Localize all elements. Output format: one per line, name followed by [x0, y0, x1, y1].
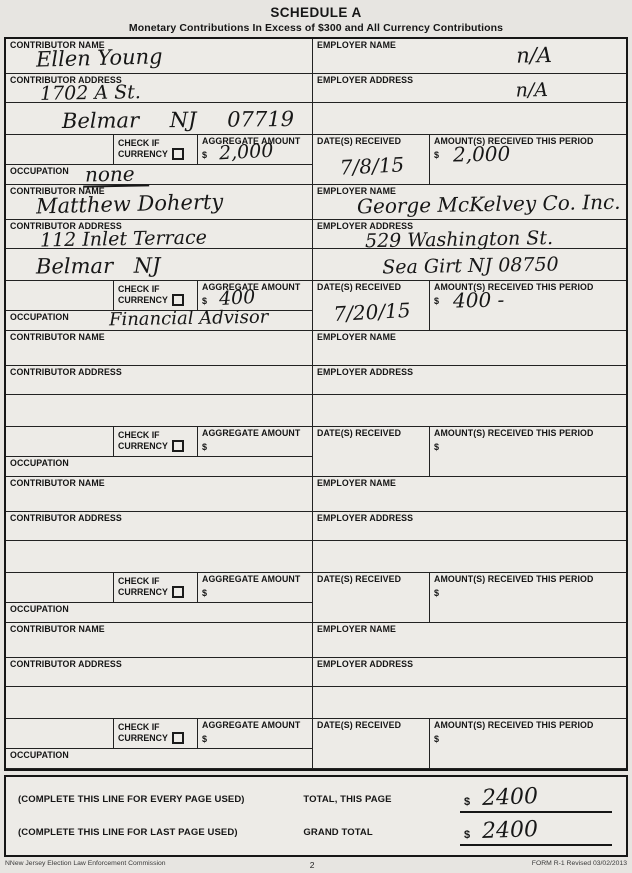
employer-address-cell: EMPLOYER ADDRESS: [313, 512, 626, 541]
employer-name-label: EMPLOYER NAME: [317, 479, 624, 489]
dates-received-cell: DATE(S) RECEIVED: [313, 719, 430, 769]
amount-received-valrow: $: [434, 439, 624, 452]
employer-name-cell: EMPLOYER NAME: [313, 623, 626, 658]
contributor-address-label: CONTRIBUTOR ADDRESS: [10, 368, 310, 378]
contributor-name-value: Ellen Young: [36, 46, 163, 70]
employer-name-cell: EMPLOYER NAME n/A: [313, 39, 626, 74]
amount-received-valrow: $ 400 -: [434, 293, 624, 310]
employer-city-value: [317, 692, 624, 697]
employer-city-cell: [313, 395, 626, 427]
contributor-name-cell: CONTRIBUTOR NAME: [6, 331, 313, 366]
totals-box: (COMPLETE THIS LINE FOR EVERY PAGE USED)…: [4, 775, 628, 857]
employer-address-value: 529 Washington St.: [365, 227, 624, 251]
check-if-currency-label: CHECK IFCURRENCY: [118, 430, 168, 452]
aggregate-amount-cell: AGGREGATE AMOUNT $: [198, 573, 313, 603]
aggregate-amount-valrow: $: [202, 439, 310, 452]
contributor-city-cell: [6, 687, 313, 719]
aggregate-amount-valrow: $: [202, 731, 310, 744]
amount-received-valrow: $: [434, 731, 624, 744]
employer-city-value: [317, 400, 624, 405]
aggregate-amount-valrow: $ 400: [202, 293, 310, 308]
dollar-sign: $: [202, 150, 207, 160]
dates-received-value: [317, 445, 427, 451]
dollar-sign: $: [202, 734, 207, 744]
aggregate-amount-cell: AGGREGATE AMOUNT $: [198, 427, 313, 457]
amount-received-label: AMOUNT(S) RECEIVED THIS PERIOD: [434, 721, 624, 731]
check-if-label-line2: CURRENCY: [118, 587, 168, 597]
contributor-address-cell: CONTRIBUTOR ADDRESS: [6, 366, 313, 395]
currency-checkbox: [172, 148, 184, 160]
employer-name-label: EMPLOYER NAME: [317, 625, 624, 635]
blank-cell: [6, 281, 114, 311]
amount-received-cell: AMOUNT(S) RECEIVED THIS PERIOD $ 400 -: [430, 281, 626, 331]
currency-check-cell: CHECK IFCURRENCY: [114, 573, 198, 603]
blank-cell: [6, 719, 114, 749]
total-this-page-value: 2400: [482, 786, 539, 810]
check-if-label-line1: CHECK IF: [118, 284, 160, 294]
occupation-value: none: [83, 163, 149, 187]
aggregate-amount-cell: AGGREGATE AMOUNT $ 2,000: [198, 135, 313, 165]
employer-name-value: n/A: [317, 44, 552, 69]
dates-received-value: 7/20/15: [317, 299, 428, 325]
dollar-sign: $: [434, 734, 439, 744]
employer-city-value: [317, 546, 624, 551]
contributor-name-cell: CONTRIBUTOR NAME: [6, 623, 313, 658]
aggregate-amount-value: 400: [219, 288, 256, 309]
aggregate-amount-label: AGGREGATE AMOUNT: [202, 721, 310, 731]
employer-address-label: EMPLOYER ADDRESS: [317, 660, 624, 670]
employer-name-cell: EMPLOYER NAME George McKelvey Co. Inc.: [313, 185, 626, 220]
footer-agency: NNew Jersey Election Law Enforcement Com…: [5, 860, 166, 867]
amount-received-cell: AMOUNT(S) RECEIVED THIS PERIOD $: [430, 573, 626, 623]
currency-checkbox: [172, 586, 184, 598]
grand-total-label: GRAND TOTAL: [303, 827, 460, 838]
contributor-address-cell: CONTRIBUTOR ADDRESS 112 Inlet Terrace: [6, 220, 313, 249]
aggregate-amount-label: AGGREGATE AMOUNT: [202, 575, 310, 585]
employer-city-value: [317, 108, 624, 113]
amount-received-label: AMOUNT(S) RECEIVED THIS PERIOD: [434, 575, 624, 585]
dollar-sign: $: [202, 588, 207, 598]
employer-address-value: n/A: [317, 80, 548, 103]
currency-check-cell: CHECK IFCURRENCY: [114, 281, 198, 311]
contributor-name-cell: CONTRIBUTOR NAME: [6, 477, 313, 512]
employer-address-cell: EMPLOYER ADDRESS 529 Washington St.: [313, 220, 626, 249]
occupation-label: OCCUPATION: [10, 167, 69, 177]
aggregate-amount-valrow: $ 2,000: [202, 147, 310, 162]
grand-total-row: (COMPLETE THIS LINE FOR LAST PAGE USED) …: [18, 819, 612, 846]
blank-cell: [6, 427, 114, 457]
occupation-cell: OCCUPATION: [6, 603, 313, 623]
employer-city-value: Sea Girt NJ 08750: [317, 254, 624, 278]
schedule-a-scanned-form: SCHEDULE A Monetary Contributions In Exc…: [0, 0, 632, 873]
employer-name-cell: EMPLOYER NAME: [313, 331, 626, 366]
occupation-label: OCCUPATION: [10, 605, 69, 615]
dollar-sign: $: [464, 829, 470, 841]
currency-checkbox: [172, 732, 184, 744]
check-if-label-line1: CHECK IF: [118, 138, 160, 148]
footer-form-revision: FORM R-1 Revised 03/02/2013: [532, 860, 627, 867]
amount-received-value: 400 -: [453, 289, 505, 310]
check-if-currency-label: CHECK IFCURRENCY: [118, 576, 168, 598]
check-if-currency-label: CHECK IFCURRENCY: [118, 722, 168, 744]
dates-received-label: DATE(S) RECEIVED: [317, 429, 427, 439]
aggregate-amount-cell: AGGREGATE AMOUNT $: [198, 719, 313, 749]
contributor-city-cell: [6, 395, 313, 427]
check-if-label-line2: CURRENCY: [118, 295, 168, 305]
occupation-value: Financial Advisor: [109, 309, 269, 330]
currency-check-cell: CHECK IFCURRENCY: [114, 427, 198, 457]
dollar-sign: $: [464, 796, 470, 808]
contributor-city-cell: [6, 541, 313, 573]
amount-received-valrow: $: [434, 585, 624, 598]
form-footer: NNew Jersey Election Law Enforcement Com…: [5, 860, 627, 867]
dollar-sign: $: [202, 442, 207, 452]
contributor-name-label: CONTRIBUTOR NAME: [10, 333, 310, 343]
dates-received-value: 7/8/15: [317, 153, 428, 179]
check-if-currency-label: CHECK IFCURRENCY: [118, 284, 168, 306]
contribution-entry: CONTRIBUTOR NAME EMPLOYER NAME CONTRIBUT…: [6, 623, 626, 769]
check-if-label-line1: CHECK IF: [118, 430, 160, 440]
employer-address-label: EMPLOYER ADDRESS: [317, 368, 624, 378]
occupation-cell: OCCUPATION Financial Advisor: [6, 311, 313, 331]
currency-check-cell: CHECK IFCURRENCY: [114, 135, 198, 165]
dates-received-cell: DATE(S) RECEIVED 7/8/15: [313, 135, 430, 185]
employer-city-cell: [313, 687, 626, 719]
dollar-sign: $: [434, 296, 439, 306]
dates-received-label: DATE(S) RECEIVED: [317, 283, 427, 293]
amount-received-value: 2,000: [453, 143, 511, 164]
page-number: 2: [310, 860, 315, 870]
currency-checkbox: [172, 440, 184, 452]
contributor-city-cell: Belmar NJ 07719: [6, 103, 313, 135]
check-if-label-line1: CHECK IF: [118, 576, 160, 586]
employer-address-label: EMPLOYER ADDRESS: [317, 514, 624, 524]
amount-received-label: AMOUNT(S) RECEIVED THIS PERIOD: [434, 429, 624, 439]
contribution-entry: CONTRIBUTOR NAME Matthew Doherty EMPLOYE…: [6, 185, 626, 331]
dates-received-label: DATE(S) RECEIVED: [317, 137, 427, 147]
contributor-address-cell: CONTRIBUTOR ADDRESS: [6, 658, 313, 687]
grand-total-valuebox: $ 2400: [460, 820, 612, 846]
form-subtitle: Monetary Contributions In Excess of $300…: [0, 22, 632, 34]
form-header: SCHEDULE A Monetary Contributions In Exc…: [0, 0, 632, 34]
occupation-label: OCCUPATION: [10, 313, 69, 323]
aggregate-amount-valrow: $: [202, 585, 310, 598]
amount-received-cell: AMOUNT(S) RECEIVED THIS PERIOD $: [430, 719, 626, 769]
currency-check-cell: CHECK IFCURRENCY: [114, 719, 198, 749]
employer-city-cell: [313, 103, 626, 135]
employer-address-cell: EMPLOYER ADDRESS n/A: [313, 74, 626, 103]
contributor-name-label: CONTRIBUTOR NAME: [10, 479, 310, 489]
every-page-note: (COMPLETE THIS LINE FOR EVERY PAGE USED): [18, 794, 303, 805]
last-page-note: (COMPLETE THIS LINE FOR LAST PAGE USED): [18, 827, 303, 838]
contributor-city-value: Belmar NJ 07719: [62, 109, 294, 132]
dates-received-cell: DATE(S) RECEIVED 7/20/15: [313, 281, 430, 331]
employer-address-cell: EMPLOYER ADDRESS: [313, 366, 626, 395]
employer-address-cell: EMPLOYER ADDRESS: [313, 658, 626, 687]
currency-checkbox: [172, 294, 184, 306]
form-title: SCHEDULE A: [0, 5, 632, 20]
contributor-city-cell: Belmar NJ: [6, 249, 313, 281]
aggregate-amount-value: 2,000: [219, 141, 274, 163]
check-if-label-line2: CURRENCY: [118, 733, 168, 743]
dates-received-cell: DATE(S) RECEIVED: [313, 427, 430, 477]
check-if-label-line1: CHECK IF: [118, 722, 160, 732]
contributor-city-value: Belmar NJ: [36, 255, 161, 277]
blank-cell: [6, 573, 114, 603]
occupation-label: OCCUPATION: [10, 751, 69, 761]
total-this-page-valuebox: $ 2400: [460, 787, 612, 813]
occupation-label: OCCUPATION: [10, 459, 69, 469]
dollar-sign: $: [202, 296, 207, 306]
contributions-table: CONTRIBUTOR NAME Ellen Young EMPLOYER NA…: [4, 37, 628, 771]
contribution-entry: CONTRIBUTOR NAME Ellen Young EMPLOYER NA…: [6, 39, 626, 185]
contributor-name-value: Matthew Doherty: [36, 191, 224, 217]
contributor-name-cell: CONTRIBUTOR NAME Matthew Doherty: [6, 185, 313, 220]
occupation-cell: OCCUPATION none: [6, 165, 313, 185]
contributor-address-value: 1702 A St.: [40, 83, 141, 104]
aggregate-amount-label: AGGREGATE AMOUNT: [202, 429, 310, 439]
blank-cell: [6, 135, 114, 165]
contributor-address-label: CONTRIBUTOR ADDRESS: [10, 514, 310, 524]
dates-received-value: [317, 591, 427, 597]
dates-received-label: DATE(S) RECEIVED: [317, 575, 427, 585]
contributor-name-label: CONTRIBUTOR NAME: [10, 625, 310, 635]
occupation-cell: OCCUPATION: [6, 749, 313, 769]
amount-received-cell: AMOUNT(S) RECEIVED THIS PERIOD $ 2,000: [430, 135, 626, 185]
grand-total-value: 2400: [482, 819, 539, 843]
check-if-currency-label: CHECK IFCURRENCY: [118, 138, 168, 160]
dates-received-value: [317, 737, 427, 743]
dollar-sign: $: [434, 150, 439, 160]
contributor-name-cell: CONTRIBUTOR NAME Ellen Young: [6, 39, 313, 74]
check-if-label-line2: CURRENCY: [118, 149, 168, 159]
contributor-address-cell: CONTRIBUTOR ADDRESS 1702 A St.: [6, 74, 313, 103]
employer-city-cell: Sea Girt NJ 08750: [313, 249, 626, 281]
occupation-cell: OCCUPATION: [6, 457, 313, 477]
contribution-entry: CONTRIBUTOR NAME EMPLOYER NAME CONTRIBUT…: [6, 331, 626, 477]
dollar-sign: $: [434, 588, 439, 598]
check-if-label-line2: CURRENCY: [118, 441, 168, 451]
contributor-address-value: 112 Inlet Terrace: [40, 228, 207, 250]
dates-received-cell: DATE(S) RECEIVED: [313, 573, 430, 623]
amount-received-cell: AMOUNT(S) RECEIVED THIS PERIOD $: [430, 427, 626, 477]
employer-name-label: EMPLOYER NAME: [317, 333, 624, 343]
dates-received-label: DATE(S) RECEIVED: [317, 721, 427, 731]
contributor-address-cell: CONTRIBUTOR ADDRESS: [6, 512, 313, 541]
contribution-entry: CONTRIBUTOR NAME EMPLOYER NAME CONTRIBUT…: [6, 477, 626, 623]
employer-city-cell: [313, 541, 626, 573]
employer-name-value: George McKelvey Co. Inc.: [357, 191, 624, 216]
total-this-page-label: TOTAL, THIS PAGE: [303, 794, 460, 805]
total-this-page-row: (COMPLETE THIS LINE FOR EVERY PAGE USED)…: [18, 786, 612, 813]
contributor-address-label: CONTRIBUTOR ADDRESS: [10, 660, 310, 670]
employer-name-cell: EMPLOYER NAME: [313, 477, 626, 512]
amount-received-valrow: $ 2,000: [434, 147, 624, 164]
dollar-sign: $: [434, 442, 439, 452]
